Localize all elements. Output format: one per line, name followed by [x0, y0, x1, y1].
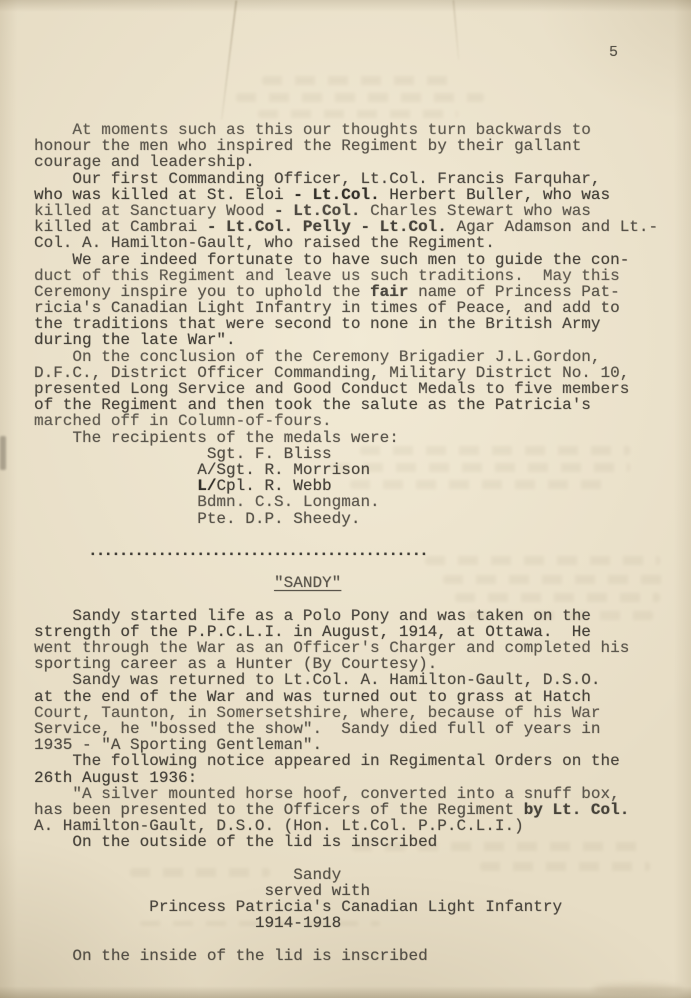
paper-crease	[452, 0, 459, 60]
text-line	[34, 559, 680, 575]
text-line	[34, 591, 680, 607]
text-line: duct of this Regiment and leave us such …	[34, 268, 680, 284]
text-line: who was killed at St. Eloi - Lt.Col. Her…	[34, 187, 680, 203]
text-line	[34, 850, 680, 866]
text-line: D.F.C., District Officer Commanding, Mil…	[34, 365, 680, 381]
text-line: L/Cpl. R. Webb	[34, 478, 680, 494]
text-line: The following notice appeared in Regimen…	[34, 753, 680, 769]
edge-smudge-mark	[0, 436, 6, 470]
text-line: went through the War as an Officer's Cha…	[34, 640, 680, 656]
text-line: Service, he "bossed the show". Sandy die…	[34, 721, 680, 737]
text-line: Ceremony inspire you to uphold the fair …	[34, 284, 680, 300]
text-line: Sandy	[34, 867, 680, 883]
text-line: 1935 - "A Sporting Gentleman".	[34, 737, 680, 753]
text-line: A/Sgt. R. Morrison	[34, 462, 680, 478]
text-line: A. Hamilton-Gault, D.S.O. (Hon. Lt.Col. …	[34, 818, 680, 834]
bleed-through-smudge	[258, 110, 458, 118]
text-line: honour the men who inspired the Regiment…	[34, 138, 680, 154]
text-line: sporting career as a Hunter (By Courtesy…	[34, 656, 680, 672]
text-line: Sandy started life as a Polo Pony and wa…	[34, 608, 680, 624]
text-line: 26th August 1936:	[34, 770, 680, 786]
bleed-through-smudge	[262, 76, 452, 85]
page-number: 5	[609, 45, 618, 61]
text-line: Princess Patricia's Canadian Light Infan…	[34, 899, 680, 915]
text-line: at the end of the War and was turned out…	[34, 689, 680, 705]
text-line: killed at Cambrai - Lt.Col. Pelly - Lt.C…	[34, 219, 680, 235]
text-line: We are indeed fortunate to have such men…	[34, 252, 680, 268]
paper-stain	[593, 984, 683, 994]
text-line: "A silver mounted horse hoof, converted …	[34, 786, 680, 802]
text-line: killed at Sanctuary Wood - Lt.Col. Charl…	[34, 203, 680, 219]
text-line: served with	[34, 883, 680, 899]
text-line: At moments such as this our thoughts tur…	[34, 122, 680, 138]
text-line: Our first Commanding Officer, Lt.Col. Fr…	[34, 171, 680, 187]
bleed-through-smudge	[236, 93, 484, 102]
text-line	[34, 527, 680, 543]
text-line: 1914-1918	[34, 915, 680, 931]
document-page: 5 At moments such as this our thoughts t…	[0, 0, 691, 998]
separator-dots: ........................................…	[34, 543, 680, 559]
text-line: courage and leadership.	[34, 154, 680, 170]
section-heading: "SANDY"	[34, 575, 680, 591]
text-line: Sandy was returned to Lt.Col. A. Hamilto…	[34, 672, 680, 688]
text-line: has been presented to the Officers of th…	[34, 802, 680, 818]
text-line: Sgt. F. Bliss	[34, 446, 680, 462]
text-line: Court, Taunton, in Somersetshire, where,…	[34, 705, 680, 721]
text-line	[34, 931, 680, 947]
text-line: strength of the P.P.C.L.I. in August, 19…	[34, 624, 680, 640]
text-line: The recipients of the medals were:	[34, 430, 680, 446]
text-line: On the conclusion of the Ceremony Brigad…	[34, 349, 680, 365]
text-line: Pte. D.P. Sheedy.	[34, 511, 680, 527]
text-line: ricia's Canadian Light Infantry in times…	[34, 300, 680, 316]
text-line: On the inside of the lid is inscribed	[34, 948, 680, 964]
text-line: the traditions that were second to none …	[34, 316, 680, 332]
text-line: of the Regiment and then took the salute…	[34, 397, 680, 413]
text-line: marched off in Column-of-fours.	[34, 413, 680, 429]
text-line: On the outside of the lid is inscribed	[34, 834, 680, 850]
text-line: presented Long Service and Good Conduct …	[34, 381, 680, 397]
text-line: Col. A. Hamilton-Gault, who raised the R…	[34, 235, 680, 251]
text-line: Bdmn. C.S. Longman.	[34, 494, 680, 510]
document-text: At moments such as this our thoughts tur…	[34, 122, 680, 964]
paper-crease	[221, 0, 238, 119]
text-line: during the late War".	[34, 332, 680, 348]
